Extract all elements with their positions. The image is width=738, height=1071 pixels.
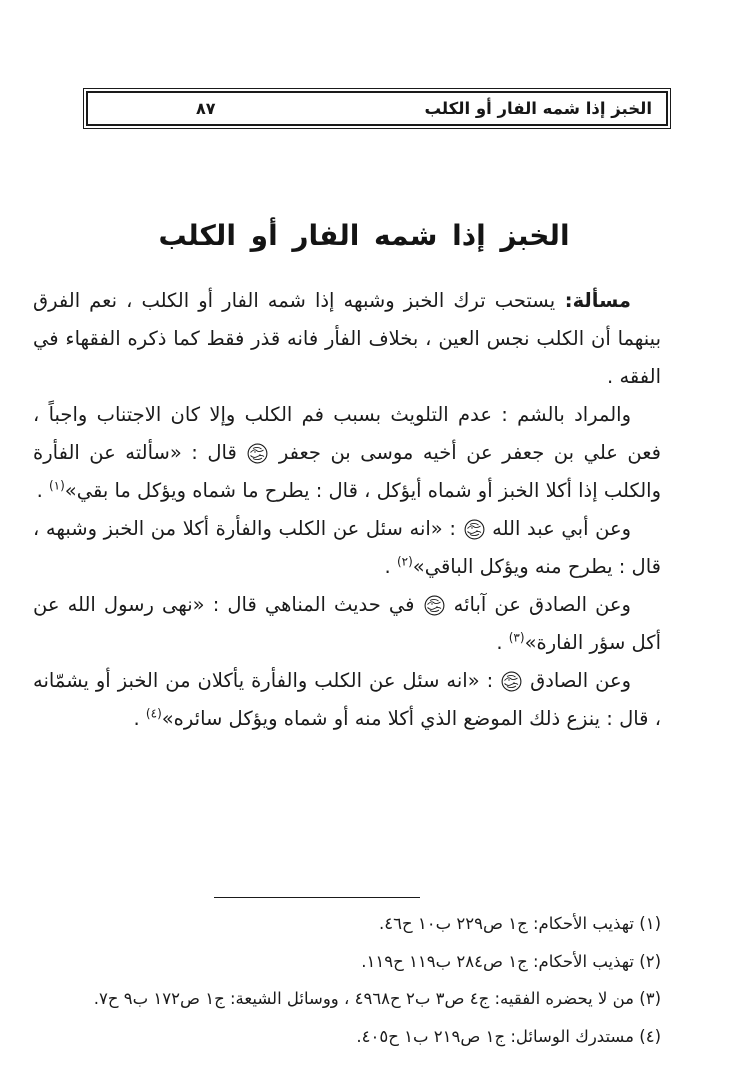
honorific-stamp-icon bbox=[464, 519, 485, 540]
text-run: وعن أبي عبد الله bbox=[486, 517, 631, 540]
footnote-line: (١) تهذيب الأحكام: ج١ ص٢٢٩ ب١٠ ح٤٦. bbox=[33, 905, 661, 943]
running-header-title: الخبز إذا شمه الفار أو الكلب bbox=[424, 99, 652, 118]
footnote-line: (٣) من لا يحضره الفقيه: ج٤ ص٣ ب٢ ح٤٩٦٨ ،… bbox=[33, 980, 661, 1018]
text-run: . bbox=[37, 479, 49, 502]
text-run: مسألة: bbox=[555, 289, 631, 312]
text-run: . bbox=[496, 631, 508, 654]
footnote-line: (٢) تهذيب الأحكام: ج١ ص٢٨٤ ب١١٩ ح١١٩. bbox=[33, 943, 661, 981]
paragraph: والمراد بالشم : عدم التلويث بسبب فم الكل… bbox=[33, 396, 661, 510]
footnotes-section: (١) تهذيب الأحكام: ج١ ص٢٢٩ ب١٠ ح٤٦.(٢) ت… bbox=[33, 905, 661, 1055]
footnote-divider bbox=[214, 897, 420, 898]
page-number: ٨٧ bbox=[196, 99, 216, 118]
honorific-stamp-icon bbox=[247, 443, 268, 464]
text-run: وعن الصادق bbox=[523, 669, 631, 692]
paragraph: مسألة: يستحب ترك الخبز وشبهه إذا شمه الف… bbox=[33, 282, 661, 396]
footnote-marker: (٣) bbox=[509, 631, 525, 645]
paragraph: وعن الصادق عن آبائه في حديث المناهي قال … bbox=[33, 586, 661, 662]
footnote-line: (٤) مستدرك الوسائل: ج١ ص٢١٩ ب١ ح٤٠٥. bbox=[33, 1018, 661, 1056]
running-header-inner: الخبز إذا شمه الفار أو الكلب ٨٧ bbox=[86, 91, 668, 126]
body-paragraphs: مسألة: يستحب ترك الخبز وشبهه إذا شمه الف… bbox=[33, 282, 661, 738]
honorific-stamp-icon bbox=[501, 671, 522, 692]
paragraph: وعن أبي عبد الله : «انه سئل عن الكلب وال… bbox=[33, 510, 661, 586]
running-header-box: الخبز إذا شمه الفار أو الكلب ٨٧ bbox=[83, 88, 671, 129]
paragraph: وعن الصادق : «انه سئل عن الكلب والفأرة ي… bbox=[33, 662, 661, 738]
chapter-title: الخبز إذا شمه الفار أو الكلب bbox=[35, 219, 693, 252]
text-run: . bbox=[134, 707, 146, 730]
footnote-marker: (١) bbox=[49, 479, 65, 493]
honorific-stamp-icon bbox=[424, 595, 445, 616]
footnote-marker: (٤) bbox=[146, 707, 162, 721]
footnote-marker: (٢) bbox=[397, 555, 413, 569]
text-run: . bbox=[385, 555, 397, 578]
text-run: وعن الصادق عن آبائه bbox=[446, 593, 631, 616]
book-page: الخبز إذا شمه الفار أو الكلب ٨٧ الخبز إذ… bbox=[0, 0, 738, 1071]
